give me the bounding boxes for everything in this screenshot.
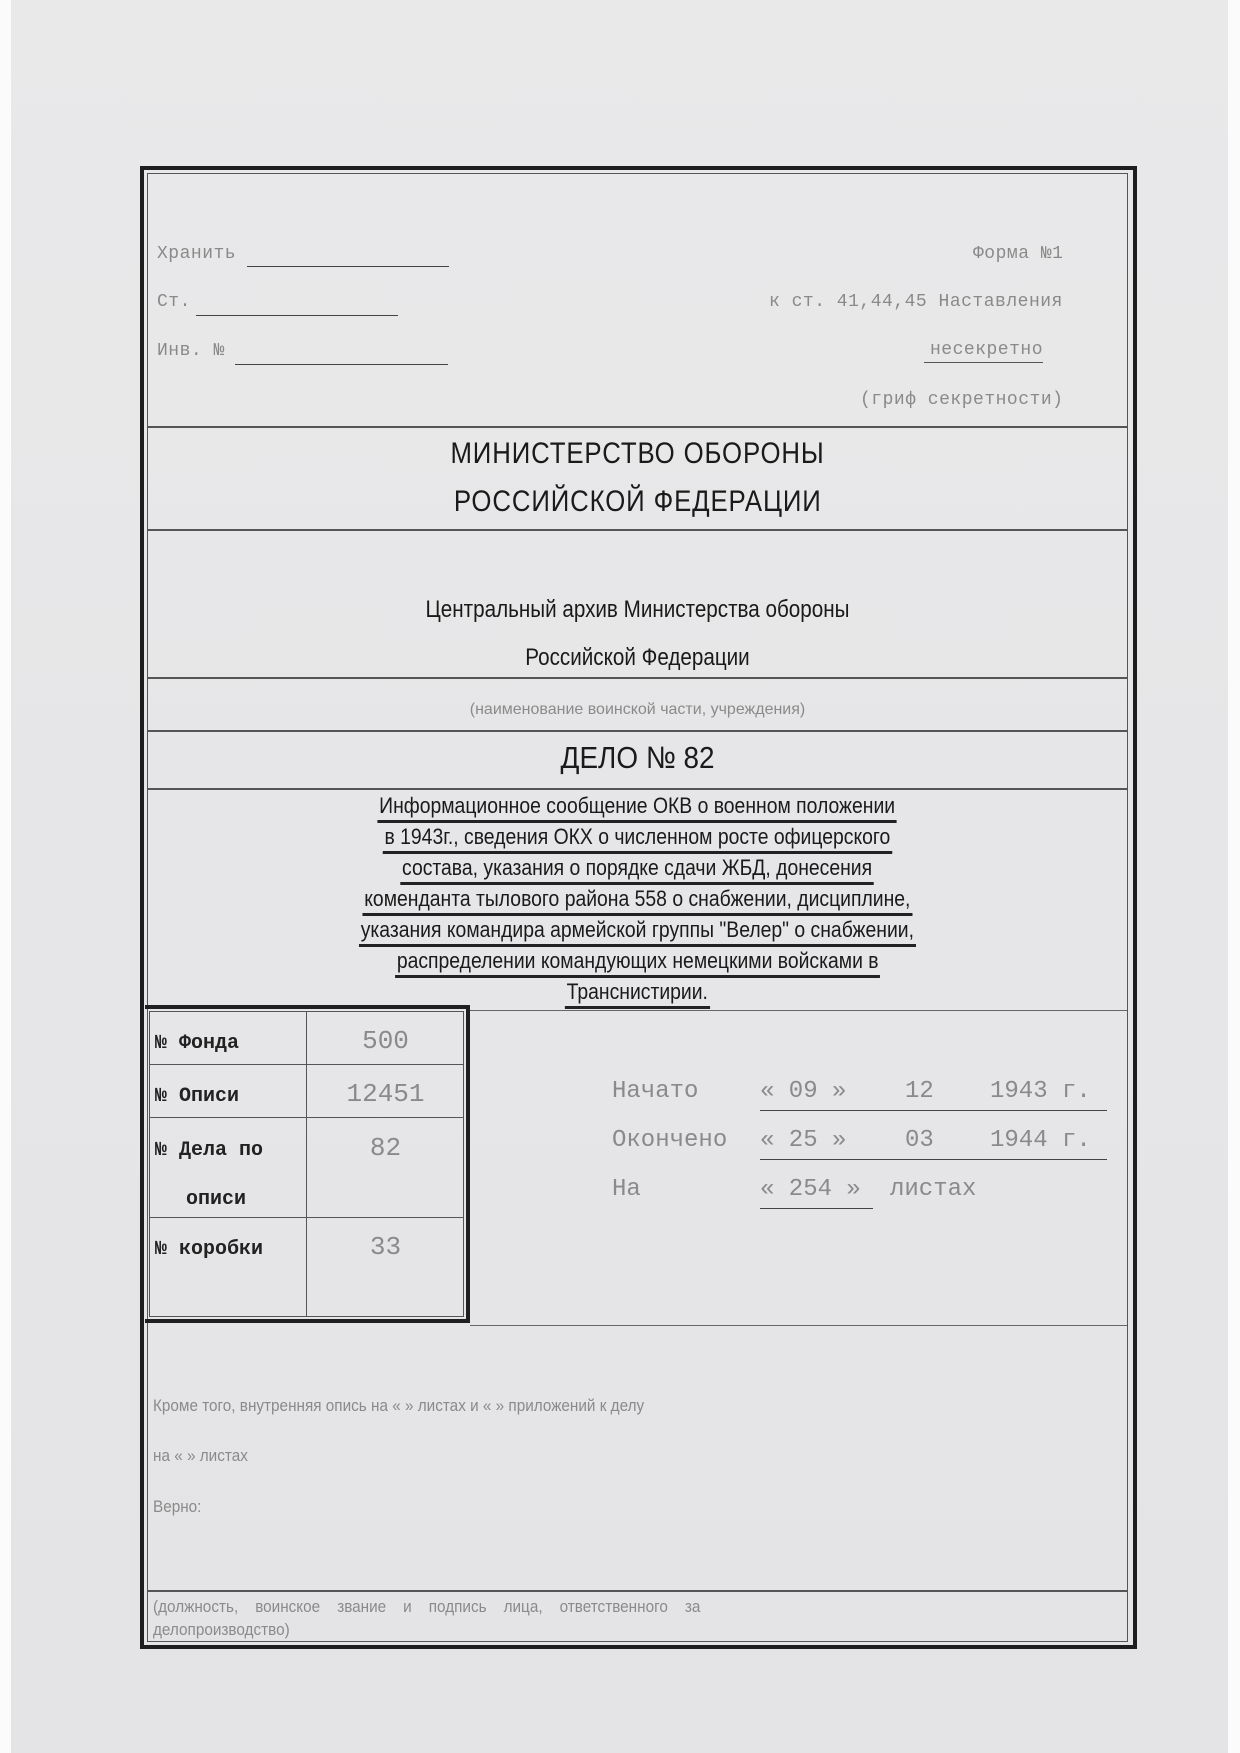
regulation-reference: к ст. 41,44,45 Наставления (769, 292, 1063, 312)
inventory-list-value: 12451 (307, 1079, 464, 1109)
archive-line1: Центральный архив Министерства обороны (426, 596, 850, 624)
keep-label: Хранить (157, 244, 236, 264)
article-field-line[interactable] (196, 315, 398, 316)
divider (148, 730, 1127, 732)
signature-caption-line2: делопроизводство) (153, 1620, 290, 1640)
case-number-label: № Дела по (155, 1139, 263, 1162)
article-label: Ст. (157, 292, 191, 312)
sheets-underline (760, 1208, 873, 1209)
table-row-divider (149, 1117, 464, 1118)
case-number-label-cont: описи (186, 1188, 246, 1211)
ended-underline (760, 1159, 1107, 1160)
internal-inventory-line: Кроме того, внутренняя опись на « » лист… (153, 1396, 644, 1416)
verified-label: Верно: (153, 1497, 201, 1517)
description-line: распределении командующих немецкими войс… (148, 948, 1127, 978)
table-row-divider (149, 1217, 464, 1218)
archive-line2: Российской Федерации (525, 644, 749, 672)
divider (470, 1010, 1127, 1011)
table-row-divider (149, 1064, 464, 1065)
form-label: Форма №1 (973, 244, 1063, 264)
description-line: состава, указания о порядке сдачи ЖБД, д… (148, 855, 1127, 885)
divider (148, 677, 1127, 679)
description-line: указания командира армейской группы "Вел… (148, 917, 1127, 947)
info-table-column-divider (306, 1011, 307, 1317)
ended-month: 03 (905, 1127, 934, 1154)
description-line: в 1943г., сведения ОКХ о численном росте… (148, 824, 1127, 854)
ended-day: « 25 » (760, 1127, 846, 1154)
case-title: ДЕЛО № 82 (561, 740, 715, 776)
ministry-line2-wrap: РОССИЙСКОЙ ФЕДЕРАЦИИ (148, 485, 1127, 519)
ended-year: 1944 г. (990, 1127, 1091, 1154)
started-underline (760, 1110, 1107, 1111)
sheets-value: « 254 » (760, 1176, 861, 1203)
additional-sheets-line: на « » листах (153, 1446, 248, 1466)
divider (148, 788, 1127, 790)
classification-value: несекретно (924, 340, 1043, 363)
divider (148, 1590, 1127, 1592)
case-number-value: 82 (307, 1133, 464, 1163)
started-label: Начато (612, 1078, 698, 1105)
archive-caption: (наименование воинской части, учреждения… (148, 701, 1127, 719)
inventory-list-label: № Описи (155, 1085, 239, 1108)
sheets-suffix: листах (890, 1176, 976, 1203)
signature-caption-line1: (должность, воинское звание и подпись ли… (153, 1597, 1112, 1617)
divider (470, 1325, 1127, 1326)
sheets-label: На (612, 1176, 641, 1203)
description-line: коменданта тылового района 558 о снабжен… (148, 886, 1127, 916)
started-month: 12 (905, 1078, 934, 1105)
ended-label: Окончено (612, 1127, 727, 1154)
divider (148, 426, 1127, 428)
box-value: 33 (307, 1232, 464, 1262)
description-line: Информационное сообщение ОКВ о военном п… (148, 793, 1127, 823)
ministry-line2: РОССИЙСКОЙ ФЕДЕРАЦИИ (454, 485, 822, 519)
divider (148, 529, 1127, 531)
fund-value: 500 (307, 1026, 464, 1056)
box-label: № коробки (155, 1238, 263, 1261)
keep-field-line[interactable] (247, 266, 449, 267)
classification-caption: (гриф секретности) (860, 390, 1063, 410)
case-title-wrap: ДЕЛО № 82 (148, 740, 1127, 776)
fund-label: № Фонда (155, 1032, 239, 1055)
ministry-line1: МИНИСТЕРСТВО ОБОРОНЫ (450, 437, 824, 471)
archive-line1-wrap: Центральный архив Министерства обороны (148, 596, 1127, 624)
started-year: 1943 г. (990, 1078, 1091, 1105)
inventory-field-line[interactable] (235, 364, 448, 365)
archive-line2-wrap: Российской Федерации (148, 644, 1127, 672)
started-day: « 09 » (760, 1078, 846, 1105)
inventory-label: Инв. № (157, 341, 225, 361)
ministry-line1-wrap: МИНИСТЕРСТВО ОБОРОНЫ (148, 437, 1127, 471)
